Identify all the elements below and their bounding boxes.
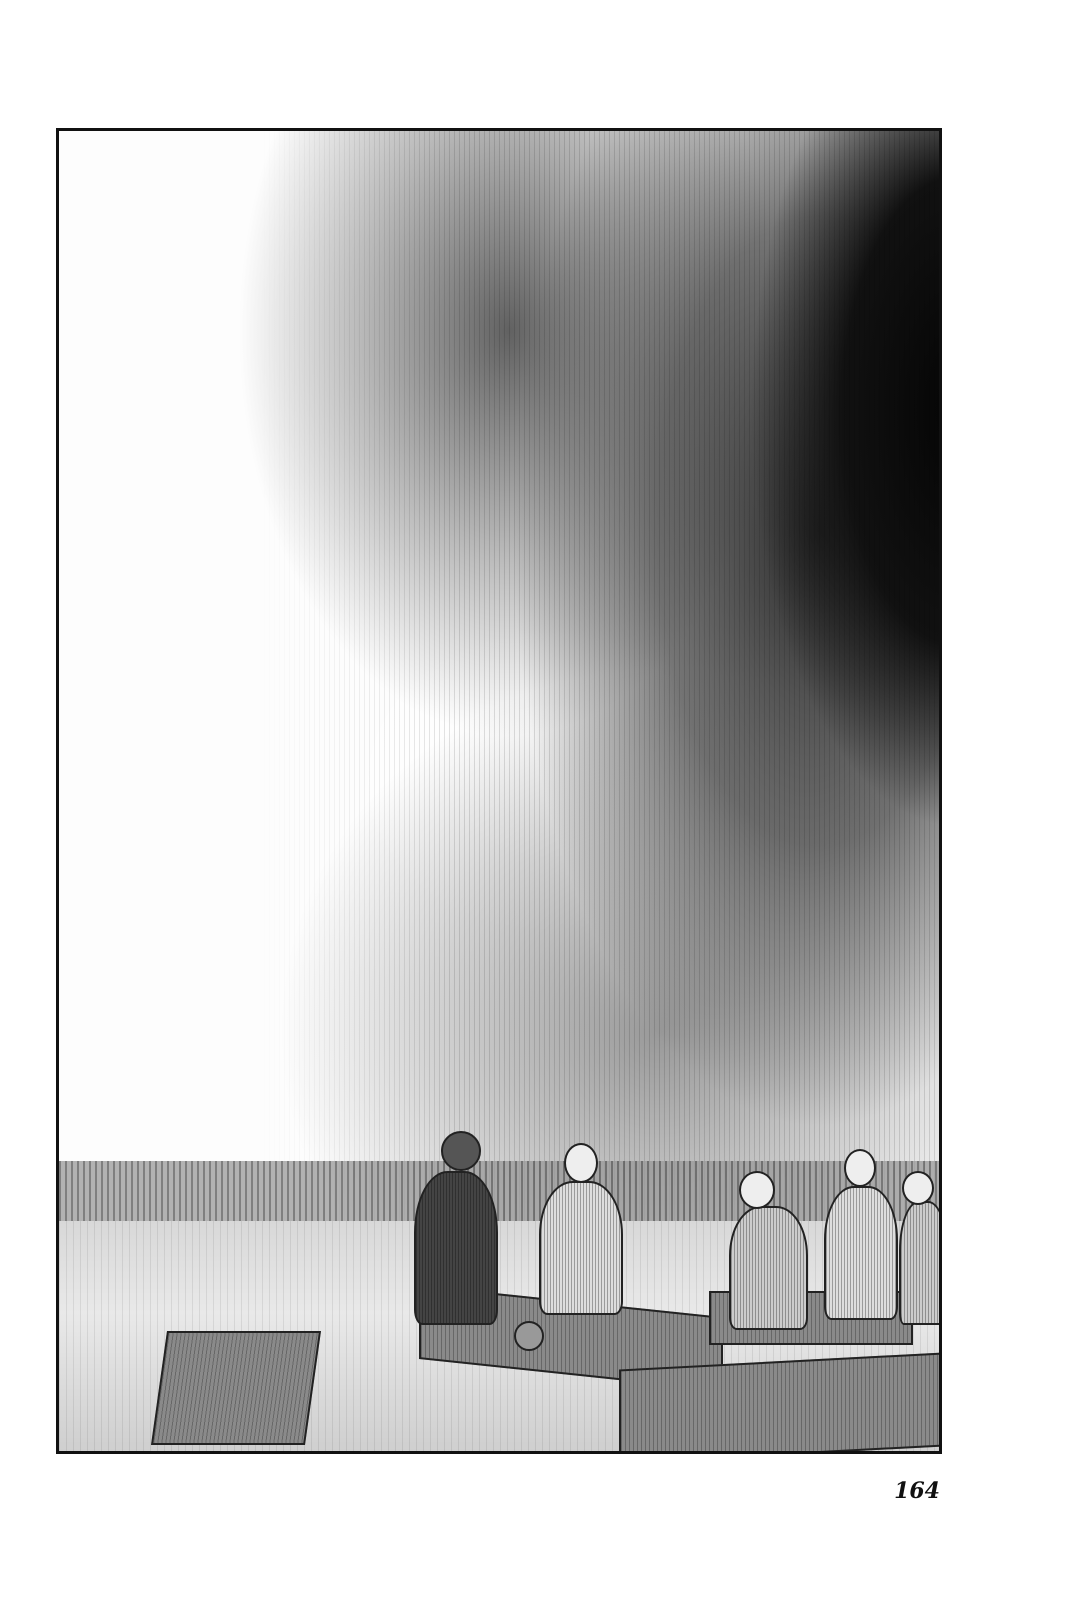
- concrete-slab: [619, 1353, 942, 1454]
- page-number: 164: [894, 1478, 940, 1504]
- figure-head: [739, 1171, 775, 1209]
- figure-head: [564, 1143, 598, 1183]
- figure-head: [902, 1171, 934, 1205]
- ball: [514, 1321, 544, 1351]
- figure-girl-scarf: [824, 1186, 898, 1320]
- rain-streaks: [259, 131, 939, 1231]
- manga-panel: [56, 128, 942, 1454]
- figure-standing: [539, 1181, 623, 1315]
- figure-edge: [899, 1201, 942, 1325]
- figure-cap-back-turned: [414, 1171, 498, 1325]
- figure-kicking: [729, 1206, 808, 1330]
- figure-head: [441, 1131, 481, 1171]
- concrete-slab: [151, 1331, 321, 1445]
- figure-head: [844, 1149, 876, 1187]
